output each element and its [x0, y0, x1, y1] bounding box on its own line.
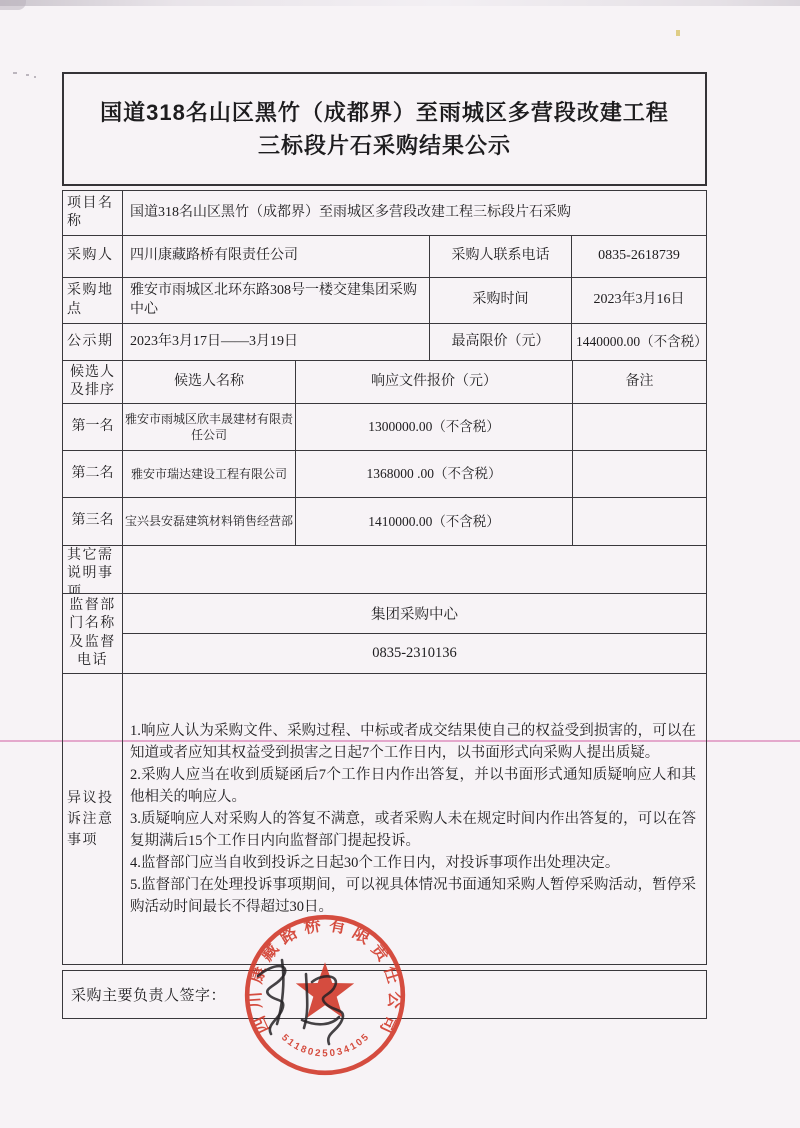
scanned-document-page: 国道318名山区黑竹（成都界）至雨城区多营段改建工程 三标段片石采购结果公示 项… — [0, 0, 800, 1128]
objection-item: 5.监督部门在处理投诉事项期间，可以视具体情况书面通知采购人暂停采购活动，暂停采… — [130, 874, 696, 918]
svg-text:路: 路 — [276, 922, 301, 948]
svg-text:2: 2 — [314, 1048, 321, 1060]
purchaser-phone-value: 0835-2618739 — [572, 236, 706, 277]
candidate-row-3: 第三名 宝兴县安磊建筑材料销售经营部 1410000.00（不含税） — [63, 498, 706, 546]
candidate-remark — [573, 498, 706, 545]
price-limit-value: 1440000.00（不含税） — [572, 324, 706, 360]
objection-label: 异议投诉注意事项 — [63, 674, 123, 964]
svg-text:司: 司 — [376, 1013, 400, 1036]
candidates-price-header: 响应文件报价（元） — [296, 361, 573, 403]
candidates-remark-header: 备注 — [573, 361, 706, 403]
objection-item: 3.质疑响应人对采购人的答复不满意，或者采购人未在规定时间内作出答复的，可以在答… — [130, 808, 696, 852]
candidate-rank: 第三名 — [63, 498, 123, 545]
table-row-supervision: 监督部门名称及监督电话 集团采购中心 0835-2310136 — [63, 594, 706, 674]
supervision-values: 集团采购中心 0835-2310136 — [123, 594, 706, 673]
candidate-name: 宝兴县安磊建筑材料销售经营部 — [123, 498, 296, 545]
scan-speck — [34, 76, 36, 78]
scan-speck — [676, 30, 680, 36]
svg-text:限: 限 — [349, 923, 373, 948]
candidate-price: 1410000.00（不含税） — [296, 498, 573, 545]
candidate-row-1: 第一名 雅安市雨城区欣丰晟建材有限责任公司 1300000.00（不含税） — [63, 404, 706, 451]
svg-text:责: 责 — [368, 939, 395, 965]
table-row-purchaser: 采购人 四川康藏路桥有限责任公司 采购人联系电话 0835-2618739 — [63, 236, 706, 278]
scan-corner-smudge — [0, 0, 26, 10]
supervision-dept-value: 集团采购中心 — [123, 594, 706, 634]
candidate-price: 1300000.00（不含税） — [296, 404, 573, 450]
procurement-result-table: 项目名称 国道318名山区黑竹（成都界）至雨城区多营段改建工程三标段片石采购 采… — [62, 190, 707, 965]
purchaser-label: 采购人 — [63, 236, 123, 277]
supervision-phone-value: 0835-2310136 — [123, 634, 706, 673]
table-row-location: 采购地点 雅安市雨城区北环东路308号一楼交建集团采购中心 采购时间 2023年… — [63, 278, 706, 324]
location-label: 采购地点 — [63, 278, 123, 323]
supervision-label: 监督部门名称及监督电话 — [63, 594, 123, 673]
purchaser-value: 四川康藏路桥有限责任公司 — [123, 236, 430, 277]
location-value: 雅安市雨城区北环东路308号一楼交建集团采购中心 — [123, 278, 430, 323]
price-limit-label: 最高限价（元） — [430, 324, 572, 360]
candidate-row-2: 第二名 雅安市瑞达建设工程有限公司 1368000 .00（不含税） — [63, 451, 706, 498]
svg-text:5: 5 — [322, 1048, 328, 1059]
document-title-line1: 国道318名山区黑竹（成都界）至雨城区多营段改建工程 — [100, 96, 669, 129]
objection-content: 1.响应人认为采购文件、采购过程、中标或者成交结果使自己的权益受到损害的，可以在… — [123, 674, 706, 964]
publicity-label: 公示期 — [63, 324, 123, 360]
objection-item: 4.监督部门应当自收到投诉之日起30个工作日内，对投诉事项作出处理决定。 — [130, 852, 696, 874]
signature-label: 采购主要负责人签字： — [71, 984, 226, 1005]
purchaser-phone-label: 采购人联系电话 — [430, 236, 572, 277]
svg-text:0: 0 — [329, 1048, 336, 1060]
document-title-box: 国道318名山区黑竹（成都界）至雨城区多营段改建工程 三标段片石采购结果公示 — [62, 72, 707, 186]
objection-item: 2.采购人应当在收到质疑函后7个工作日内作出答复，并以书面形式通知质疑响应人和其… — [130, 764, 696, 808]
candidate-rank: 第一名 — [63, 404, 123, 450]
scan-top-edge-artifact — [0, 0, 800, 6]
scan-speck — [13, 72, 17, 74]
candidates-rank-header: 候选人及排序 — [63, 361, 123, 403]
document-title-line2: 三标段片石采购结果公示 — [258, 129, 511, 162]
candidate-name: 雅安市瑞达建设工程有限公司 — [123, 451, 296, 497]
objection-item: 1.响应人认为采购文件、采购过程、中标或者成交结果使自己的权益受到损害的，可以在… — [130, 720, 696, 764]
svg-text:有: 有 — [328, 914, 348, 937]
candidate-name: 雅安市雨城区欣丰晟建材有限责任公司 — [123, 404, 296, 450]
scan-speck — [26, 74, 29, 76]
candidate-rank: 第二名 — [63, 451, 123, 497]
purchase-time-value: 2023年3月16日 — [572, 278, 706, 323]
candidates-header-row: 候选人及排序 候选人名称 响应文件报价（元） 备注 — [63, 361, 706, 404]
publicity-value: 2023年3月17日——3月19日 — [123, 324, 430, 360]
table-row-project: 项目名称 国道318名山区黑竹（成都界）至雨城区多营段改建工程三标段片石采购 — [63, 191, 706, 236]
svg-text:公: 公 — [385, 991, 405, 1009]
table-row-publicity: 公示期 2023年3月17日——3月19日 最高限价（元） 1440000.00… — [63, 324, 706, 361]
project-name-label: 项目名称 — [63, 191, 123, 235]
candidate-remark — [573, 404, 706, 450]
table-row-other-notes: 其它需说明事项 — [63, 546, 706, 594]
candidate-remark — [573, 451, 706, 497]
candidate-price: 1368000 .00（不含税） — [296, 451, 573, 497]
purchase-time-label: 采购时间 — [430, 278, 572, 323]
candidates-name-header: 候选人名称 — [123, 361, 296, 403]
project-name-value: 国道318名山区黑竹（成都界）至雨城区多营段改建工程三标段片石采购 — [123, 191, 706, 235]
handwritten-signature — [248, 948, 368, 1048]
other-notes-label: 其它需说明事项 — [63, 546, 123, 593]
other-notes-value — [123, 546, 706, 593]
